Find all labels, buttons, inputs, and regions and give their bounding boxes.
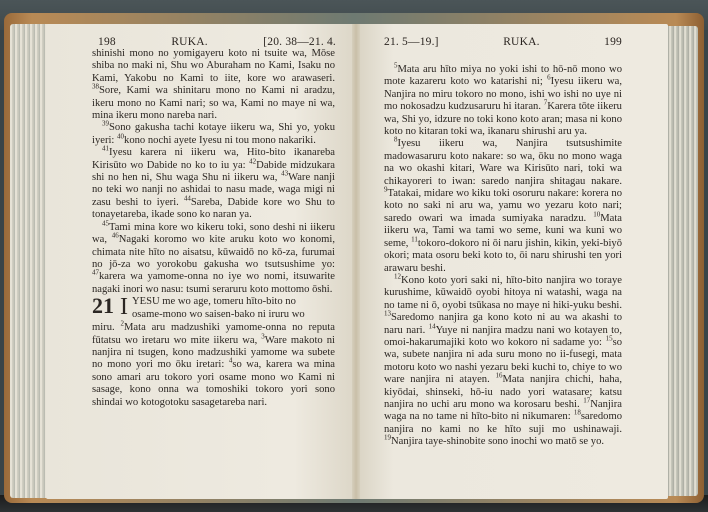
verse-number: 45 — [102, 219, 109, 227]
paragraph: 12Kono koto yori saki ni, hīto-bito nanj… — [384, 275, 622, 449]
paragraph: 5Mata aru hīto miya no yoki ishi to hō-n… — [384, 64, 622, 138]
book-gutter — [352, 24, 360, 499]
left-text-column: shinishi mono no yomigayeru koto ni tsui… — [92, 48, 335, 409]
verse-number: 11 — [411, 235, 418, 243]
paragraph: shinishi mono no yomigayeru koto ni tsui… — [92, 48, 335, 122]
verse-number: 18 — [574, 409, 581, 417]
verse-number: 12 — [394, 272, 401, 280]
verse-number: 39 — [102, 120, 109, 128]
chapter-opening: 21 I YESU me wo age, tomeru hīto-bito no… — [92, 296, 335, 322]
paragraph: miru. 2Mata aru madzushiki yamome-onna n… — [92, 322, 335, 409]
verse-number: 46 — [112, 232, 119, 240]
chapter-number: 21 — [92, 294, 114, 318]
paragraph: 41Iyesu karera ni iikeru wa, Hito-bito i… — [92, 147, 335, 221]
verse-number: 40 — [117, 132, 124, 140]
drop-cap: I — [120, 294, 128, 320]
right-page-number: 199 — [604, 36, 622, 48]
verse-number: 19 — [384, 434, 391, 442]
verse-number: 44 — [184, 194, 191, 202]
paragraph: 8Iyesu iikeru wa, Nanjira tsutsushimite … — [384, 138, 622, 274]
right-running-title: RUKA. — [503, 36, 539, 48]
verse-number: 13 — [384, 310, 391, 318]
right-reference: 21. 5—19.] — [384, 36, 439, 48]
verse-number: 47 — [92, 269, 99, 277]
verse-number: 41 — [102, 145, 109, 153]
paragraph: 39Sono gakusha tachi kotaye iikeru wa, S… — [92, 122, 335, 147]
verse-number: 15 — [606, 334, 613, 342]
paragraph: 45Tami mina kore wo kikeru toki, sono de… — [92, 222, 335, 296]
verse-number: 38 — [92, 83, 99, 91]
right-text-column: 5Mata aru hīto miya no yoki ishi to hō-n… — [384, 64, 622, 449]
left-running-title: RUKA. — [171, 36, 207, 48]
verse-number: 43 — [281, 170, 288, 178]
left-reference: [20. 38—21. 4. — [263, 36, 336, 48]
page-edges-left — [10, 24, 50, 498]
left-page-number: 198 — [98, 36, 116, 48]
verse-number: 14 — [429, 322, 436, 330]
page-edges-right — [664, 26, 698, 496]
right-running-head: 21. 5—19.] RUKA. 199 — [384, 36, 622, 52]
